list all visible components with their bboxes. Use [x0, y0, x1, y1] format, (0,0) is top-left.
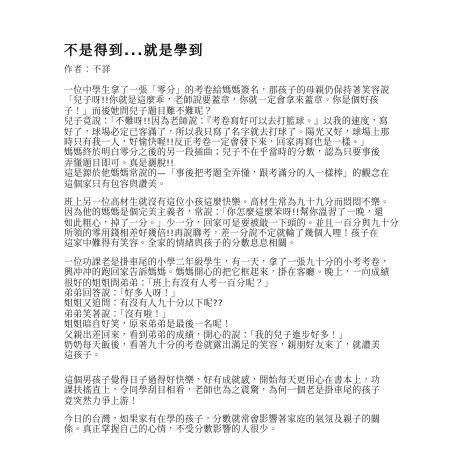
text-line: 興冲冲的跑回家告訴媽媽。媽媽開心的把它框起來，掛在客廳。晚上，一向成績 [64, 268, 400, 278]
text-line: 很好的姐姐問弟弟：「班上有沒有人考一百分呢？」 [64, 279, 400, 289]
text-line: 這家中難得有笑容。全家的情緒與孩子的分數息息相關。 [64, 239, 400, 249]
text-line: 姐姐又追問：有沒有人九十分以下呢?? [64, 299, 400, 309]
text-line: 所領的零用錢相差好幾倍!!再說聯考，差一分說不定就輸了幾個人哩！孩子在 [64, 229, 400, 239]
text-line: 這個家只有包容與讚美。 [64, 180, 400, 190]
document-page: { "page": { "title": "不是得到...就是學到", "aut… [0, 0, 452, 452]
text-line: 這個男孩子覺得日子過得好快樂，好有成就感，開始每天更用心在書本上，功 [64, 376, 400, 386]
article-page: 不是得到...就是學到 作者：不詳 一位中學生拿了一張「零分」的考卷給媽媽簽名，… [64, 44, 400, 436]
text-line: 弟弟回答說：「好多人呀！」 [64, 289, 400, 299]
text-line: 如此粗心，掉了一分。」少一分，回家可是要被敲一下頭的。並且一百分與九十分 [64, 219, 400, 229]
text-line: 竟突然力爭上游！ [64, 397, 400, 407]
text-line: 班上另一位高材生就沒有這位小孩這麼快樂。高材生常為九十九分而悶悶不樂。 [64, 198, 400, 208]
text-line: 弄懂題目即可。真是灑脫!! [64, 159, 400, 169]
article-body: 一位中學生拿了一張「零分」的考卷給媽媽簽名，那孩子的母親仍保持著笑容說「兒子呀!… [64, 86, 400, 436]
text-line: 「兒子呀!!你就是這麼乖，老師說要蓋章，你就一定會拿來蓋章。你是個好孩 [64, 96, 400, 106]
text-line: 姐姐暗自好笑，原來弟弟是最後一名呢！ [64, 320, 400, 330]
text-line: 兒子竟說：「不難呀!!因為老師說：『考卷寫好可以去打籃球。』以我的速度，寫 [64, 117, 400, 127]
paragraph-block: 班上另一位高材生就沒有這位小孩這麼快樂。高材生常為九十九分而悶悶不樂。因為他的媽… [64, 198, 400, 250]
text-line: 子！」而後她問兒子題目難不難呢？ [64, 107, 400, 117]
text-line: 弟弟笑著說：「沒有啦！」 [64, 310, 400, 320]
text-line: 好了，球場必定已客滿了，所以我只寫了名字就去打球了。陽光又好，球場上那 [64, 128, 400, 138]
paragraph-block: 一位功課老是掛車尾的小學二年級學生，有一天，拿了一張九十分的小考考卷，興冲冲的跑… [64, 258, 400, 362]
text-line: 今日的台灣，如果家有在學的孩子，分數就常會影響著家庭的氣氛及親子的關 [64, 415, 400, 425]
paragraph-block: 今日的台灣，如果家有在學的孩子，分數就常會影響著家庭的氣氛及親子的關係。真正掌握… [64, 415, 400, 436]
text-line: 奶奶每天飯後，看著九十分的考卷就露出滿足的笑容，親朋好友來了，就讚美 [64, 341, 400, 351]
author-line: 作者：不詳 [64, 65, 400, 75]
page-title: 不是得到...就是學到 [64, 44, 400, 59]
text-line: 這孩子。 [64, 351, 400, 361]
text-line: 這是源於他媽媽常說的—「事後把考題全弄懂，跟考滿分的人一樣棒」的觀念在 [64, 169, 400, 179]
text-line: 一位功課老是掛車尾的小學二年級學生，有一天，拿了一張九十分的小考考卷， [64, 258, 400, 268]
paragraph-block: 這個男孩子覺得日子過得好快樂，好有成就感，開始每天更用心在書本上，功課扶搖直上，… [64, 376, 400, 407]
text-line: 一位中學生拿了一張「零分」的考卷給媽媽簽名，那孩子的母親仍保持著笑容說 [64, 86, 400, 96]
text-line: 課扶搖直上，令同學刮目相看，老師也為之震驚，為何一個老是掛車尾的孩子 [64, 386, 400, 396]
text-line: 因為他的媽媽是個完美主義者，常說：「你怎麼這麼笨呀!!幫你溫習了一晚，還 [64, 208, 400, 218]
text-line: 時只有我一人，好愉快喔!!反正考卷一定會發下來，回家再寫也是一樣。」 [64, 138, 400, 148]
text-line: 父親出差回來，看到弟弟的成績，開心的說：「我的兒子進步好多！」 [64, 331, 400, 341]
text-line: 係。真正掌握自己的心情，不受分數影響的人很少。 [64, 425, 400, 435]
paragraph-block: 一位中學生拿了一張「零分」的考卷給媽媽簽名，那孩子的母親仍保持著笑容說「兒子呀!… [64, 86, 400, 190]
text-line: 媽媽終於明白零分之後的另一段插曲；兒子不在乎當時的分數，認為只要事後 [64, 148, 400, 158]
